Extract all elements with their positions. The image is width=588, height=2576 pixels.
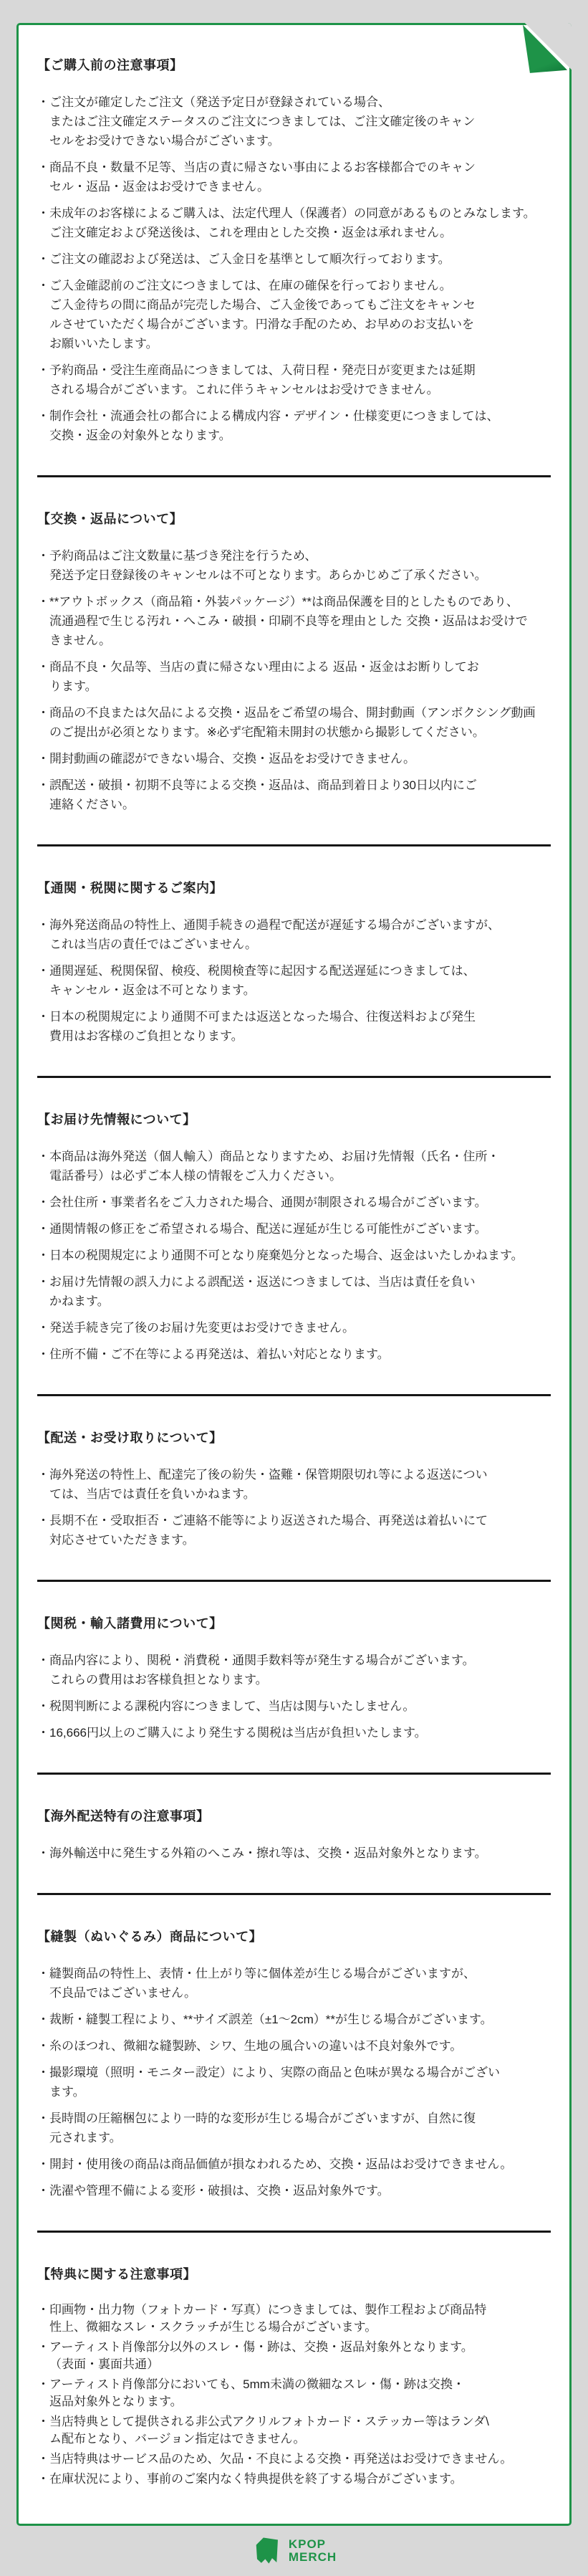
- bullet-item: 制作会社・流通会社の都合による構成内容・デザイン・仕様変更につきましては、 交換…: [37, 406, 551, 445]
- section-bullets: ご注文が確定したご注文（発送予定日が登録されている場合、 またはご注文確定ステー…: [37, 92, 551, 445]
- section-bullets: 海外発送の特性上、配達完了後の紛失・盗難・保管期限切れ等による返送につい ては、…: [37, 1465, 551, 1550]
- notice-section: 【お届け先情報について】本商品は海外発送（個人輸入）商品となりますため、お届け先…: [37, 1110, 551, 1364]
- bullet-item: 開封・使用後の商品は商品価値が損なわれるため、交換・返品はお受けできません。: [37, 2155, 551, 2174]
- section-divider: [37, 475, 551, 477]
- section-divider: [37, 1394, 551, 1396]
- notice-card: 【ご購入前の注意事項】ご注文が確定したご注文（発送予定日が登録されている場合、 …: [16, 23, 572, 2526]
- section-bullets: 本商品は海外発送（個人輸入）商品となりますため、お届け先情報（氏名・住所・ 電話…: [37, 1147, 551, 1364]
- bullet-item: 海外発送商品の特性上、通関手続きの過程で配送が遅延する場合がございますが、 これ…: [37, 915, 551, 954]
- bullet-item: 予約商品・受注生産商品につきましては、入荷日程・発売日が変更または延期 される場…: [37, 361, 551, 399]
- section-bullets: 縫製商品の特性上、表情・仕上がり等に個体差が生じる場合がございますが、 不良品で…: [37, 1964, 551, 2200]
- bullet-item: 長期不在・受取拒否・ご連絡不能等により返送された場合、再発送は着払いにて 対応さ…: [37, 1511, 551, 1550]
- bullet-item: 海外発送の特性上、配達完了後の紛失・盗難・保管期限切れ等による返送につい ては、…: [37, 1465, 551, 1504]
- kpopmerch-logo-icon: [251, 2534, 281, 2567]
- section-divider: [37, 1893, 551, 1895]
- section-divider: [37, 1773, 551, 1775]
- section-divider: [37, 844, 551, 846]
- section-title: 【特典に関する注意事項】: [37, 2264, 551, 2283]
- notice-section: 【特典に関する注意事項】印画物・出力物（フォトカード・写真）につきましては、製作…: [37, 2264, 551, 2488]
- bullet-item: 海外輸送中に発生する外箱のへこみ・擦れ等は、交換・返品対象外となります。: [37, 1843, 551, 1863]
- section-title: 【ご購入前の注意事項】: [37, 55, 551, 74]
- section-title: 【関税・輸入諸費用について】: [37, 1613, 551, 1632]
- bullet-item: 撮影環境（照明・モニター設定）により、実際の商品と色味が異なる場合がござい ます…: [37, 2063, 551, 2102]
- bullet-item: 住所不備・ご不在等による再発送は、着払い対応となります。: [37, 1345, 551, 1364]
- bullet-item: ご注文が確定したご注文（発送予定日が登録されている場合、 またはご注文確定ステー…: [37, 92, 551, 151]
- bullet-item: 商品内容により、関税・消費税・通関手数料等が発生する場合がございます。 これらの…: [37, 1651, 551, 1689]
- section-bullets: 海外輸送中に発生する外箱のへこみ・擦れ等は、交換・返品対象外となります。: [37, 1843, 551, 1863]
- page-background: 【ご購入前の注意事項】ご注文が確定したご注文（発送予定日が登録されている場合、 …: [0, 0, 588, 2576]
- section-title: 【交換・返品について】: [37, 509, 551, 528]
- footer-brand: KPOP MERCH: [0, 2534, 588, 2576]
- bullet-item: 当店特典として提供される非公式アクリルフォトカード・ステッカー等はランダ\ ム配…: [37, 2413, 551, 2448]
- bullet-item: 縫製商品の特性上、表情・仕上がり等に個体差が生じる場合がございますが、 不良品で…: [37, 1964, 551, 2003]
- section-title: 【海外配送特有の注意事項】: [37, 1806, 551, 1825]
- bullet-item: 通関遅延、税関保留、検疫、税関検査等に起因する配送遅延につきましては、 キャンセ…: [37, 961, 551, 1000]
- bullet-item: 商品不良・数量不足等、当店の責に帰さない事由によるお客様都合でのキャン セル・返…: [37, 158, 551, 196]
- notice-section: 【通関・税関に関するご案内】海外発送商品の特性上、通関手続きの過程で配送が遅延す…: [37, 878, 551, 1046]
- notice-section: 【ご購入前の注意事項】ご注文が確定したご注文（発送予定日が登録されている場合、 …: [37, 55, 551, 445]
- section-bullets: 海外発送商品の特性上、通関手続きの過程で配送が遅延する場合がございますが、 これ…: [37, 915, 551, 1046]
- section-bullets: 予約商品はご注文数量に基づき発注を行うため、 発送予定日登録後のキャンセルは不可…: [37, 546, 551, 814]
- section-bullets: 商品内容により、関税・消費税・通関手数料等が発生する場合がございます。 これらの…: [37, 1651, 551, 1742]
- bullet-item: 商品の不良または欠品による交換・返品をご希望の場合、開封動画（アンボクシング動画…: [37, 703, 551, 742]
- bullet-item: 日本の税関規定により通関不可となり廃棄処分となった場合、返金はいたしかねます。: [37, 1246, 551, 1265]
- bullet-item: 日本の税関規定により通関不可または返送となった場合、往復送料および発生 費用はお…: [37, 1007, 551, 1046]
- bullet-item: 予約商品はご注文数量に基づき発注を行うため、 発送予定日登録後のキャンセルは不可…: [37, 546, 551, 585]
- section-title: 【お届け先情報について】: [37, 1110, 551, 1128]
- bullet-item: お届け先情報の誤入力による誤配送・返送につきましては、当店は責任を負い かねます…: [37, 1272, 551, 1311]
- bullet-item: 未成年のお客様によるご購入は、法定代理人（保護者）の同意があるものとみなします。…: [37, 204, 551, 242]
- bullet-item: アーティスト肖像部分以外のスレ・傷・跡は、交換・返品対象外となります。 （表面・…: [37, 2339, 551, 2373]
- section-divider: [37, 1076, 551, 1078]
- brand-line2: MERCH: [289, 2551, 337, 2564]
- bullet-item: 印画物・出力物（フォトカード・写真）につきましては、製作工程および商品特 性上、…: [37, 2301, 551, 2336]
- section-divider: [37, 1580, 551, 1582]
- section-bullets: 印画物・出力物（フォトカード・写真）につきましては、製作工程および商品特 性上、…: [37, 2301, 551, 2488]
- notice-section: 【交換・返品について】予約商品はご注文数量に基づき発注を行うため、 発送予定日登…: [37, 509, 551, 814]
- bullet-item: アーティスト肖像部分においても、5mm未満の微細なスレ・傷・跡は交換・ 返品対象…: [37, 2376, 551, 2410]
- notice-section: 【縫製（ぬいぐるみ）商品について】縫製商品の特性上、表情・仕上がり等に個体差が生…: [37, 1927, 551, 2200]
- bullet-item: 通関情報の修正をご希望される場合、配送に遅延が生じる可能性がございます。: [37, 1219, 551, 1239]
- brand-line1: KPOP: [289, 2538, 337, 2551]
- bullet-item: 長時間の圧縮梱包により一時的な変形が生じる場合がございますが、自然に復 元されま…: [37, 2109, 551, 2147]
- bullet-item: 開封動画の確認ができない場合、交換・返品をお受けできません。: [37, 749, 551, 768]
- section-title: 【縫製（ぬいぐるみ）商品について】: [37, 1927, 551, 1945]
- section-title: 【配送・お受け取りについて】: [37, 1428, 551, 1446]
- bullet-item: 当店特典はサービス品のため、欠品・不良による交換・再発送はお受けできません。: [37, 2451, 551, 2468]
- section-title: 【通関・税関に関するご案内】: [37, 878, 551, 897]
- bullet-item: 在庫状況により、事前のご案内なく特典提供を終了する場合がございます。: [37, 2471, 551, 2488]
- bullet-item: 裁断・縫製工程により、**サイズ誤差（±1～2cm）**が生じる場合がございます…: [37, 2010, 551, 2029]
- notice-section: 【配送・お受け取りについて】海外発送の特性上、配達完了後の紛失・盗難・保管期限切…: [37, 1428, 551, 1550]
- bullet-item: 16,666円以上のご購入により発生する関税は当店が負担いたします。: [37, 1723, 551, 1742]
- bullet-item: 本商品は海外発送（個人輸入）商品となりますため、お届け先情報（氏名・住所・ 電話…: [37, 1147, 551, 1186]
- section-divider: [37, 2231, 551, 2233]
- notice-sections: 【ご購入前の注意事項】ご注文が確定したご注文（発送予定日が登録されている場合、 …: [37, 55, 551, 2488]
- bullet-item: ご入金確認前のご注文につきましては、在庫の確保を行っておりません。 ご入金待ちの…: [37, 276, 551, 353]
- bullet-item: 会社住所・事業者名をご入力された場合、通関が制限される場合がございます。: [37, 1193, 551, 1212]
- bullet-item: 商品不良・欠品等、当店の責に帰さない理由による 返品・返金はお断りしてお ります…: [37, 657, 551, 696]
- notice-section: 【海外配送特有の注意事項】海外輸送中に発生する外箱のへこみ・擦れ等は、交換・返品…: [37, 1806, 551, 1863]
- notice-section: 【関税・輸入諸費用について】商品内容により、関税・消費税・通関手数料等が発生する…: [37, 1613, 551, 1742]
- bullet-item: 税関判断による課税内容につきまして、当店は関与いたしません。: [37, 1697, 551, 1716]
- bullet-item: 発送手続き完了後のお届け先変更はお受けできません。: [37, 1318, 551, 1337]
- bullet-item: ご注文の確認および発送は、ご入金日を基準として順次行っております。: [37, 249, 551, 269]
- bullet-item: 洗濯や管理不備による変形・破損は、交換・返品対象外です。: [37, 2181, 551, 2200]
- bullet-item: 誤配送・破損・初期不良等による交換・返品は、商品到着日より30日以内にご 連絡く…: [37, 776, 551, 814]
- bullet-item: 糸のほつれ、微細な縫製跡、シワ、生地の風合いの違いは不良対象外です。: [37, 2036, 551, 2056]
- brand-wordmark: KPOP MERCH: [289, 2538, 337, 2564]
- bullet-item: **アウトボックス（商品箱・外装パッケージ）**は商品保護を目的としたものであり…: [37, 592, 551, 650]
